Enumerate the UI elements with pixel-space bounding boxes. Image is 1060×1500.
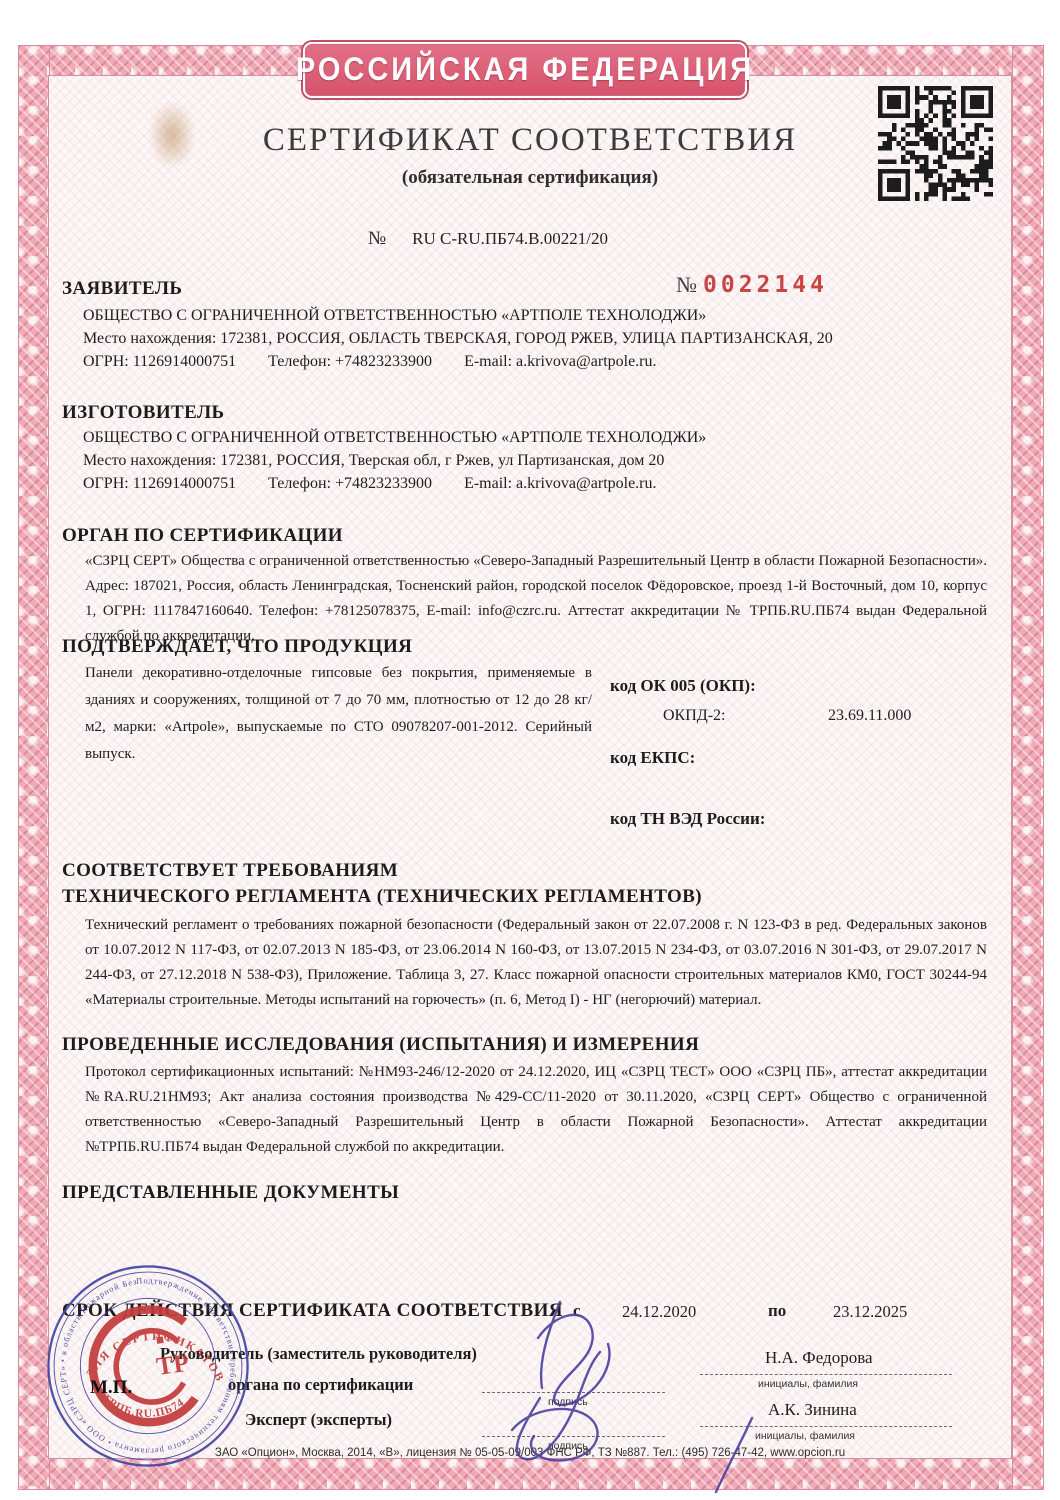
- validity-to-label: по: [768, 1301, 786, 1321]
- code-okpd2-value: 23.69.11.000: [828, 707, 911, 725]
- applicant-heading: ЗАЯВИТЕЛЬ: [62, 278, 182, 300]
- manufacturer-phone: Телефон: +74823233900: [268, 475, 432, 492]
- manufacturer-heading: ИЗГОТОВИТЕЛЬ: [62, 402, 224, 424]
- applicant-email: E-mail: a.krivova@artpole.ru.: [464, 353, 656, 370]
- compliance-heading-1: СООТВЕТСТВУЕТ ТРЕБОВАНИЯМ: [62, 860, 398, 882]
- cert-body-text: «СЗРЦ СЕРТ» Общества с ограниченной отве…: [85, 549, 987, 649]
- manufacturer-ogrn: ОГРН: 1126914000751: [83, 475, 236, 492]
- manufacturer-email: E-mail: a.krivova@artpole.ru.: [464, 475, 656, 492]
- code-ok005-label: код ОК 005 (ОКП):: [610, 676, 756, 696]
- product-heading: ПОДТВЕРЖДАЕТ, ЧТО ПРОДУКЦИЯ: [62, 636, 412, 658]
- expert-name: А.К. Зинина: [768, 1400, 857, 1420]
- country-banner-text: РОССИЙСКАЯ ФЕДЕРАЦИЯ: [296, 52, 754, 89]
- product-text: Панели декоративно-отделочные гипсовые б…: [85, 660, 592, 768]
- expert-signature-line: [482, 1436, 665, 1437]
- applicant-name: ОБЩЕСТВО С ОГРАНИЧЕННОЙ ОТВЕТСТВЕННОСТЬЮ…: [83, 307, 706, 325]
- compliance-heading-2: ТЕХНИЧЕСКОГО РЕГЛАМЕНТА (ТЕХНИЧЕСКИХ РЕГ…: [62, 886, 702, 908]
- applicant-address: Место нахождения: 172381, РОССИЯ, ОБЛАСТ…: [83, 330, 833, 348]
- head-signature-caption: подпись: [548, 1396, 588, 1408]
- validity-from-label: с: [573, 1301, 581, 1321]
- certificate-page: РОССИЙСКАЯ ФЕДЕРАЦИЯ СЕРТИФИКАТ СООТВЕТС…: [0, 0, 1060, 1500]
- manufacturer-details: ОГРН: 1126914000751 Телефон: +7482323390…: [83, 475, 657, 493]
- certificate-number-row: №RU C-RU.ПБ74.В.00221/20: [368, 228, 608, 250]
- expert-name-line: [700, 1426, 952, 1427]
- research-text: Протокол сертификационных испытаний: №НМ…: [85, 1060, 987, 1160]
- validity-from-date: 24.12.2020: [622, 1302, 696, 1322]
- applicant-phone: Телефон: +74823233900: [268, 353, 432, 370]
- manufacturer-address: Место нахождения: 172381, РОССИЯ, Тверск…: [83, 452, 664, 470]
- head-name-line: [700, 1374, 952, 1375]
- number-sign: №: [368, 228, 386, 249]
- applicant-details: ОГРН: 1126914000751 Телефон: +7482323390…: [83, 353, 657, 371]
- head-name: Н.А. Федорова: [765, 1348, 873, 1368]
- expert-role: Эксперт (эксперты): [245, 1410, 392, 1430]
- certificate-number: RU C-RU.ПБ74.В.00221/20: [412, 229, 608, 248]
- certification-stamp: Подтверждение соответствия требованиям т…: [26, 1244, 270, 1488]
- documents-heading: ПРЕДСТАВЛЕННЫЕ ДОКУМЕНТЫ: [62, 1182, 399, 1204]
- validity-to-date: 23.12.2025: [833, 1302, 907, 1322]
- border-ornament-right: [1012, 45, 1044, 1490]
- country-banner: РОССИЙСКАЯ ФЕДЕРАЦИЯ: [303, 42, 747, 98]
- code-okpd2-label: ОКПД-2:: [663, 707, 725, 725]
- blank-serial: №0022144: [676, 272, 828, 298]
- research-heading: ПРОВЕДЕННЫЕ ИССЛЕДОВАНИЯ (ИСПЫТАНИЯ) И И…: [62, 1034, 699, 1056]
- applicant-ogrn: ОГРН: 1126914000751: [83, 353, 236, 370]
- compliance-text: Технический регламент о требованиях пожа…: [85, 913, 987, 1013]
- serial-number-sign: №: [676, 272, 697, 297]
- stamp-logo-tr: ТР: [155, 1349, 191, 1381]
- stamp-place-label: М.П.: [90, 1377, 132, 1399]
- head-name-caption: инициалы, фамилия: [758, 1378, 858, 1390]
- manufacturer-name: ОБЩЕСТВО С ОГРАНИЧЕННОЙ ОТВЕТСТВЕННОСТЬЮ…: [83, 429, 706, 447]
- cert-body-heading: ОРГАН ПО СЕРТИФИКАЦИИ: [62, 525, 343, 547]
- code-tnved-label: код ТН ВЭД России:: [610, 809, 765, 829]
- stamp-logo-dot: [156, 1336, 163, 1343]
- qr-code-icon: [878, 86, 993, 201]
- head-signature-line: [482, 1392, 665, 1393]
- serial-number-digits: 0022144: [703, 272, 828, 298]
- expert-name-caption: инициалы, фамилия: [755, 1430, 855, 1442]
- code-ekps-label: код ЕКПС:: [610, 748, 695, 768]
